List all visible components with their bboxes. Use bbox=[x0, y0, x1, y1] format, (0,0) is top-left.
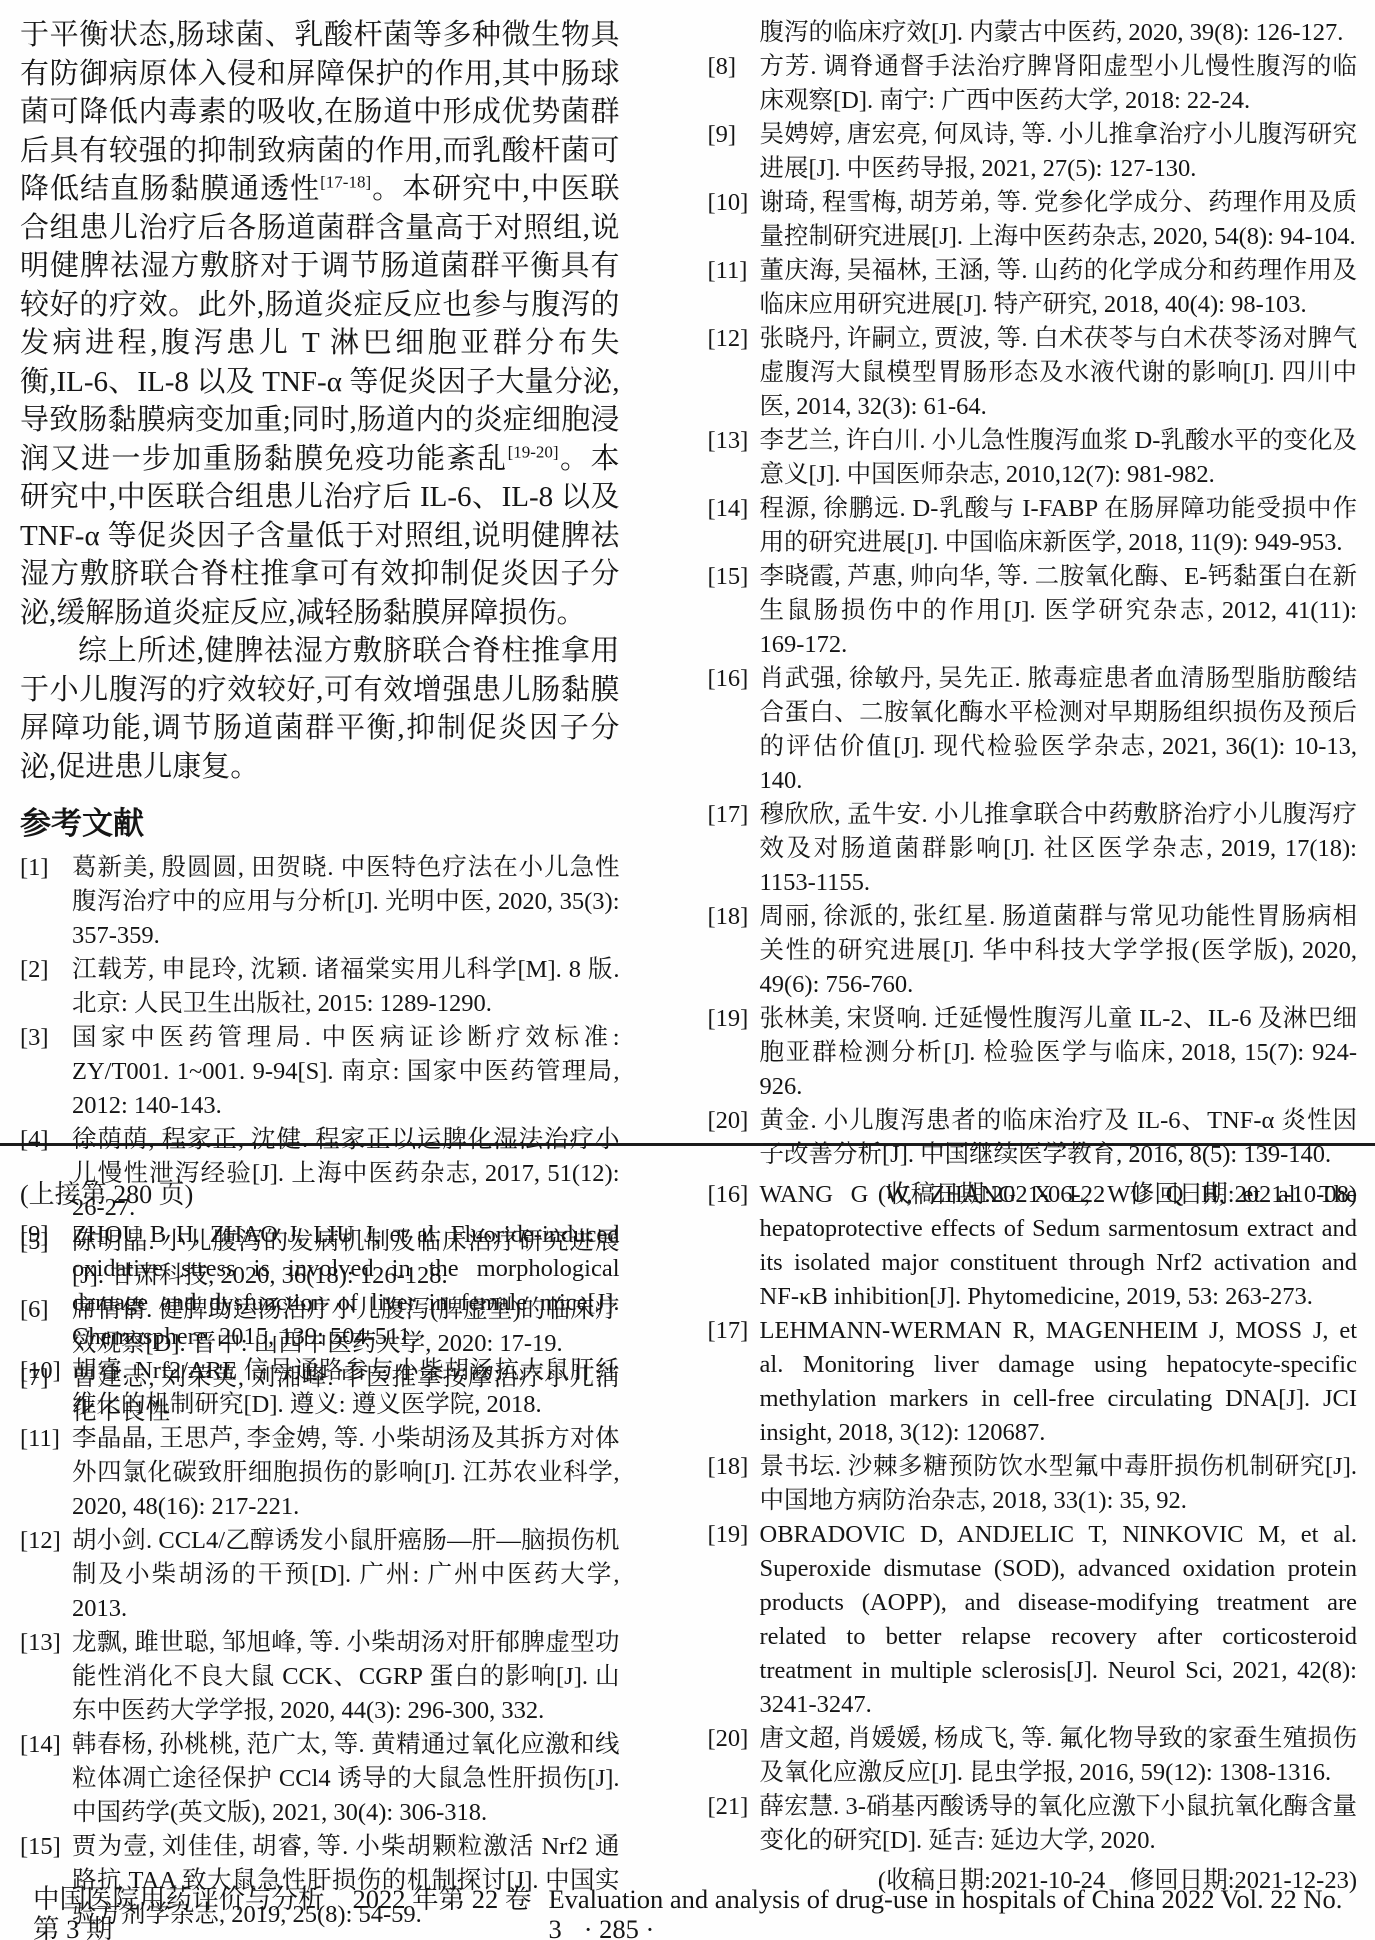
reference-text: 唐文超, 肖媛媛, 杨成飞, 等. 氟化物导致的家蚕生殖损伤及氧化应激反应[J]… bbox=[760, 1722, 1357, 1790]
reference-number: [12] bbox=[708, 322, 760, 424]
conclusion-paragraph: 综上所述,健脾祛湿方敷脐联合脊柱推拿用于小儿腹泻的疗效较好,可有效增强患儿肠黏膜… bbox=[20, 632, 620, 786]
reference-number: [18] bbox=[708, 900, 760, 1002]
page-footer: 中国医院用药评价与分析2022 年第 22 卷第 3 期 Evaluation … bbox=[33, 1884, 1357, 1940]
reference-item: [17] 穆欣欣, 孟牛安. 小儿推拿联合中药敷脐治疗小儿腹泻疗效及对肠道菌群影… bbox=[708, 798, 1357, 900]
references-list-right: [8] 方芳. 调脊通督手法治疗脾肾阳虚型小儿慢性腹泻的临床观察[D]. 南宁:… bbox=[708, 50, 1357, 1172]
reference-item: [13] 李艺兰, 许白川. 小儿急性腹泻血浆 D-乳酸水平的变化及意义[J].… bbox=[708, 424, 1357, 492]
reference-item: [16] 肖武强, 徐敏丹, 吴先正. 脓毒症患者血清肠型脂肪酸结合蛋白、二胺氧… bbox=[708, 662, 1357, 798]
reference-item: [20] 唐文超, 肖媛媛, 杨成飞, 等. 氟化物导致的家蚕生殖损伤及氧化应激… bbox=[708, 1722, 1357, 1790]
reference-text: 黄金. 小儿腹泻患者的临床治疗及 IL-6、TNF-α 炎性因子改善分析[J].… bbox=[760, 1104, 1357, 1172]
reference-item: [14] 韩春杨, 孙桃桃, 范广太, 等. 黄精通过氧化应激和线粒体凋亡途径保… bbox=[20, 1728, 620, 1830]
discussion-paragraph: 于平衡状态,肠球菌、乳酸杆菌等多种微生物具有防御病原体入侵和屏障保护的作用,其中… bbox=[20, 16, 620, 632]
reference-number: [21] bbox=[708, 1790, 760, 1858]
top-left-column: 于平衡状态,肠球菌、乳酸杆菌等多种微生物具有防御病原体入侵和屏障保护的作用,其中… bbox=[20, 16, 620, 1143]
reference-item: [19] 张林美, 宋贤响. 迁延慢性腹泻儿童 IL-2、IL-6 及淋巴细胞亚… bbox=[708, 1002, 1357, 1104]
reference-item: [11] 董庆海, 吴福林, 王涵, 等. 山药的化学成分和药理作用及临床应用研… bbox=[708, 254, 1357, 322]
citation-superscript: [19-20] bbox=[508, 442, 559, 461]
reference-text: 李艺兰, 许白川. 小儿急性腹泻血浆 D-乳酸水平的变化及意义[J]. 中国医师… bbox=[760, 424, 1357, 492]
reference-text: 程源, 徐鹏远. D-乳酸与 I-FABP 在肠屏障功能受损中作用的研究进展[J… bbox=[760, 492, 1357, 560]
reference-number: [1] bbox=[20, 851, 72, 953]
bottom-right-column: [16] WANG G W, ZHANG X L, WU Q H, et al.… bbox=[708, 1178, 1357, 1932]
reference-text: ZHOU B H, ZHAO J, LIU J, et al. Fluoride… bbox=[72, 1218, 620, 1354]
continued-from-note: (上接第 280 页) bbox=[20, 1178, 620, 1212]
reference-text: 方芳. 调脊通督手法治疗脾肾阳虚型小儿慢性腹泻的临床观察[D]. 南宁: 广西中… bbox=[760, 50, 1357, 118]
reference-text: 韩春杨, 孙桃桃, 范广太, 等. 黄精通过氧化应激和线粒体凋亡途径保护 CCl… bbox=[72, 1728, 620, 1830]
reference-item: [20] 黄金. 小儿腹泻患者的临床治疗及 IL-6、TNF-α 炎性因子改善分… bbox=[708, 1104, 1357, 1172]
reference-text: 谢琦, 程雪梅, 胡芳弟, 等. 党参化学成分、药理作用及质量控制研究进展[J]… bbox=[760, 186, 1357, 254]
reference-number: [16] bbox=[708, 662, 760, 798]
reference-text: 葛新美, 殷圆圆, 田贺晓. 中医特色疗法在小儿急性腹泻治疗中的应用与分析[J]… bbox=[72, 851, 620, 953]
journal-title-en: Evaluation and analysis of drug-use in h… bbox=[548, 1884, 1357, 1940]
reference-number: [3] bbox=[20, 1021, 72, 1123]
reference-item: [17] LEHMANN-WERMAN R, MAGENHEIM J, MOSS… bbox=[708, 1314, 1357, 1450]
reference-item: [19] OBRADOVIC D, ANDJELIC T, NINKOVIC M… bbox=[708, 1518, 1357, 1722]
reference-text: 景书坛. 沙棘多糖预防饮水型氟中毒肝损伤机制研究[J]. 中国地方病防治杂志, … bbox=[760, 1450, 1357, 1518]
reference-text: 国家中医药管理局. 中医病证诊断疗效标准: ZY/T001. 1~001. 9-… bbox=[72, 1021, 620, 1123]
reference-number: [13] bbox=[708, 424, 760, 492]
references-heading: 参考文献 bbox=[20, 798, 620, 843]
reference-item: [2] 江载芳, 申昆玲, 沈颖. 诸福棠实用儿科学[M]. 8 版. 北京: … bbox=[20, 953, 620, 1021]
reference-item: [11] 李晶晶, 王思芦, 李金娉, 等. 小柴胡汤及其拆方对体外四氯化碳致肝… bbox=[20, 1422, 620, 1524]
reference-text: 肖武强, 徐敏丹, 吴先正. 脓毒症患者血清肠型脂肪酸结合蛋白、二胺氧化酶水平检… bbox=[760, 662, 1357, 798]
reference-number: [17] bbox=[708, 1314, 760, 1450]
reference-number: [13] bbox=[20, 1626, 72, 1728]
reference-text: 董庆海, 吴福林, 王涵, 等. 山药的化学成分和药理作用及临床应用研究进展[J… bbox=[760, 254, 1357, 322]
reference-number: [11] bbox=[20, 1422, 72, 1524]
reference-item: [14] 程源, 徐鹏远. D-乳酸与 I-FABP 在肠屏障功能受损中作用的研… bbox=[708, 492, 1357, 560]
reference-text: 龙飘, 雎世聪, 邹旭峰, 等. 小柴胡汤对肝郁脾虚型功能性消化不良大鼠 CCK… bbox=[72, 1626, 620, 1728]
continued-references-left: [9] ZHOU B H, ZHAO J, LIU J, et al. Fluo… bbox=[20, 1218, 620, 1932]
reference-item: [9] 吴娉婷, 唐宏亮, 何凤诗, 等. 小儿推拿治疗小儿腹泻研究进展[J].… bbox=[708, 118, 1357, 186]
reference-text: 江载芳, 申昆玲, 沈颖. 诸福棠实用儿科学[M]. 8 版. 北京: 人民卫生… bbox=[72, 953, 620, 1021]
article-end-section: 于平衡状态,肠球菌、乳酸杆菌等多种微生物具有防御病原体入侵和屏障保护的作用,其中… bbox=[0, 0, 1375, 1143]
reference-text: 薛宏慧. 3-硝基丙酸诱导的氧化应激下小鼠抗氧化酶含量变化的研究[D]. 延吉:… bbox=[760, 1790, 1357, 1858]
reference-text: OBRADOVIC D, ANDJELIC T, NINKOVIC M, et … bbox=[760, 1518, 1357, 1722]
reference-text: 吴娉婷, 唐宏亮, 何凤诗, 等. 小儿推拿治疗小儿腹泻研究进展[J]. 中医药… bbox=[760, 118, 1357, 186]
citation-superscript: [17-18] bbox=[320, 172, 371, 191]
reference-item: [10] 谢琦, 程雪梅, 胡芳弟, 等. 党参化学成分、药理作用及质量控制研究… bbox=[708, 186, 1357, 254]
reference-item: [10] 胡睿. Nrf2/ARE 信号通路参与小柴胡汤抗大鼠肝纤维化的机制研究… bbox=[20, 1354, 620, 1422]
reference-number: [19] bbox=[708, 1002, 760, 1104]
reference-number: [19] bbox=[708, 1518, 760, 1722]
reference-number: [10] bbox=[708, 186, 760, 254]
reference-text: LEHMANN-WERMAN R, MAGENHEIM J, MOSS J, e… bbox=[760, 1314, 1357, 1450]
reference-item: [15] 李晓霞, 芦惠, 帅向华, 等. 二胺氧化酶、E-钙黏蛋白在新生鼠肠损… bbox=[708, 560, 1357, 662]
page-number: · 285 · bbox=[584, 1914, 655, 1940]
reference-item: [18] 景书坛. 沙棘多糖预防饮水型氟中毒肝损伤机制研究[J]. 中国地方病防… bbox=[708, 1450, 1357, 1518]
reference-number: [20] bbox=[708, 1722, 760, 1790]
top-right-column: 腹泻的临床疗效[J]. 内蒙古中医药, 2020, 39(8): 126-127… bbox=[708, 16, 1357, 1143]
reference-number: [17] bbox=[708, 798, 760, 900]
reference-item: [18] 周丽, 徐派的, 张红星. 肠道菌群与常见功能性胃肠病相关性的研究进展… bbox=[708, 900, 1357, 1002]
reference-number: [18] bbox=[708, 1450, 760, 1518]
reference-text: 李晶晶, 王思芦, 李金娉, 等. 小柴胡汤及其拆方对体外四氯化碳致肝细胞损伤的… bbox=[72, 1422, 620, 1524]
reference-item: [1] 葛新美, 殷圆圆, 田贺晓. 中医特色疗法在小儿急性腹泻治疗中的应用与分… bbox=[20, 851, 620, 953]
reference-item: [8] 方芳. 调脊通督手法治疗脾肾阳虚型小儿慢性腹泻的临床观察[D]. 南宁:… bbox=[708, 50, 1357, 118]
reference-number: [8] bbox=[708, 50, 760, 118]
reference-number: [15] bbox=[708, 560, 760, 662]
reference-text: 李晓霞, 芦惠, 帅向华, 等. 二胺氧化酶、E-钙黏蛋白在新生鼠肠损伤中的作用… bbox=[760, 560, 1357, 662]
reference-number: [2] bbox=[20, 953, 72, 1021]
reference-number: [9] bbox=[20, 1218, 72, 1354]
reference-text: 穆欣欣, 孟牛安. 小儿推拿联合中药敷脐治疗小儿腹泻疗效及对肠道菌群影响[J].… bbox=[760, 798, 1357, 900]
reference-text: 张林美, 宋贤响. 迁延慢性腹泻儿童 IL-2、IL-6 及淋巴细胞亚群检测分析… bbox=[760, 1002, 1357, 1104]
reference-number: [14] bbox=[708, 492, 760, 560]
reference-item: [3] 国家中医药管理局. 中医病证诊断疗效标准: ZY/T001. 1~001… bbox=[20, 1021, 620, 1123]
reference-text: 周丽, 徐派的, 张红星. 肠道菌群与常见功能性胃肠病相关性的研究进展[J]. … bbox=[760, 900, 1357, 1002]
reference-number: [14] bbox=[20, 1728, 72, 1830]
journal-page: 于平衡状态,肠球菌、乳酸杆菌等多种微生物具有防御病原体入侵和屏障保护的作用,其中… bbox=[0, 0, 1375, 1940]
reference-7-continuation: 腹泻的临床疗效[J]. 内蒙古中医药, 2020, 39(8): 126-127… bbox=[708, 16, 1357, 50]
journal-name-cn: 中国医院用药评价与分析 bbox=[33, 1884, 325, 1914]
continued-references-right: [16] WANG G W, ZHANG X L, WU Q H, et al.… bbox=[708, 1178, 1357, 1858]
reference-number: [11] bbox=[708, 254, 760, 322]
continued-references-section: (上接第 280 页) [9] ZHOU B H, ZHAO J, LIU J,… bbox=[0, 1146, 1375, 1932]
reference-text: 张晓丹, 许嗣立, 贾波, 等. 白术茯苓与白术茯苓汤对脾气虚腹泻大鼠模型胃肠形… bbox=[760, 322, 1357, 424]
reference-item: [13] 龙飘, 雎世聪, 邹旭峰, 等. 小柴胡汤对肝郁脾虚型功能性消化不良大… bbox=[20, 1626, 620, 1728]
reference-number: [12] bbox=[20, 1524, 72, 1626]
reference-item: [21] 薛宏慧. 3-硝基丙酸诱导的氧化应激下小鼠抗氧化酶含量变化的研究[D]… bbox=[708, 1790, 1357, 1858]
reference-number: [16] bbox=[708, 1178, 760, 1314]
journal-title-cn: 中国医院用药评价与分析2022 年第 22 卷第 3 期 bbox=[33, 1884, 548, 1940]
reference-text: WANG G W, ZHANG X L, WU Q H, et al. The … bbox=[760, 1178, 1357, 1314]
reference-text: 胡睿. Nrf2/ARE 信号通路参与小柴胡汤抗大鼠肝纤维化的机制研究[D]. … bbox=[72, 1354, 620, 1422]
reference-number: [10] bbox=[20, 1354, 72, 1422]
journal-name-en: Evaluation and analysis of drug-use in h… bbox=[548, 1884, 1342, 1940]
reference-number: [20] bbox=[708, 1104, 760, 1172]
discussion-text-2: 。本研究中,中医联合组患儿治疗后各肠道菌群含量高于对照组,说明健脾祛湿方敷脐对于… bbox=[20, 173, 620, 475]
reference-item: [16] WANG G W, ZHANG X L, WU Q H, et al.… bbox=[708, 1178, 1357, 1314]
reference-item: [12] 张晓丹, 许嗣立, 贾波, 等. 白术茯苓与白术茯苓汤对脾气虚腹泻大鼠… bbox=[708, 322, 1357, 424]
reference-item: [12] 胡小剑. CCL4/乙醇诱发小鼠肝癌肠—肝—脑损伤机制及小柴胡汤的干预… bbox=[20, 1524, 620, 1626]
reference-text: 胡小剑. CCL4/乙醇诱发小鼠肝癌肠—肝—脑损伤机制及小柴胡汤的干预[D]. … bbox=[72, 1524, 620, 1626]
reference-item: [9] ZHOU B H, ZHAO J, LIU J, et al. Fluo… bbox=[20, 1218, 620, 1354]
bottom-left-column: (上接第 280 页) [9] ZHOU B H, ZHAO J, LIU J,… bbox=[20, 1178, 620, 1932]
reference-number: [9] bbox=[708, 118, 760, 186]
